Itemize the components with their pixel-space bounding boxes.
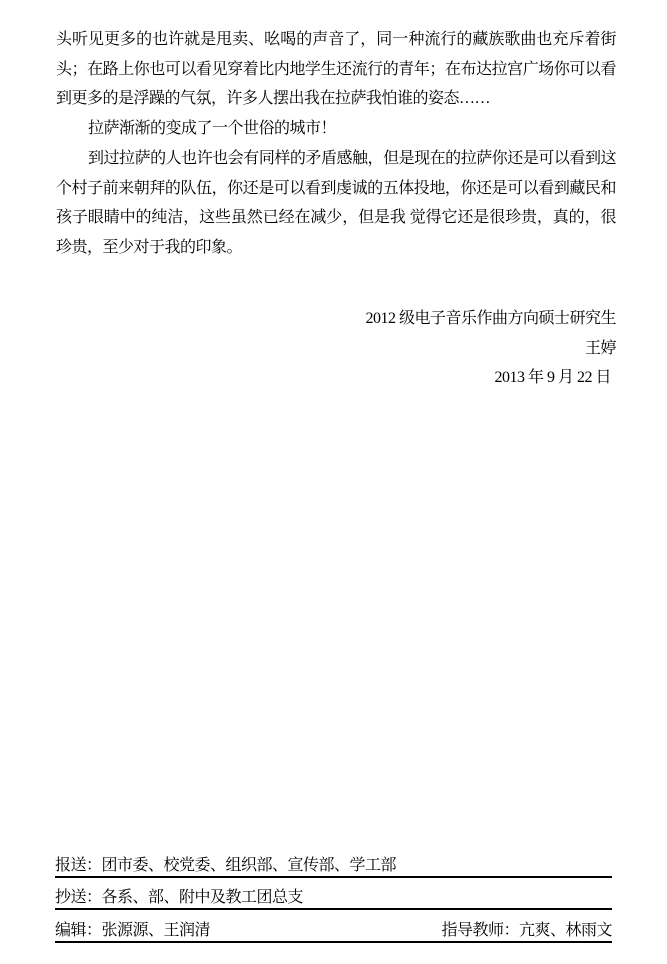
footer-row-editors: 编辑：张源源、王润清 指导教师：亢爽、林雨文 [55, 910, 612, 943]
paragraph-lhasa-city: 拉萨渐渐的变成了一个世俗的城市！ [56, 114, 616, 144]
distribution-footer: 报送：团市委、校党委、组织部、宣传部、学工部 抄送：各系、部、附中及教工团总支 … [55, 845, 612, 943]
footer-row-copy-to: 抄送：各系、部、附中及教工团总支 [55, 878, 612, 911]
signature-block: 2012 级电子音乐作曲方向硕士研究生 王婷 2013 年 9 月 22 日 [365, 304, 616, 393]
paragraph-continuation: 头听见更多的也许就是甩卖、吆喝的声音了，同一种流行的藏族歌曲也充斥着街头；在路上… [56, 25, 616, 114]
document-page: 头听见更多的也许就是甩卖、吆喝的声音了，同一种流行的藏族歌曲也充斥着街头；在路上… [0, 0, 667, 964]
body-text-block: 头听见更多的也许就是甩卖、吆喝的声音了，同一种流行的藏族歌曲也充斥着街头；在路上… [56, 25, 616, 263]
document-body: { "document": { "paragraphs": [ { "text"… [0, 0, 667, 964]
footer-row-submit-to: 报送：团市委、校党委、组织部、宣传部、学工部 [55, 845, 612, 878]
paragraph-reflection: 到过拉萨的人也许也会有同样的矛盾感触，但是现在的拉萨你还是可以看到这个村子前来朝… [56, 144, 616, 263]
footer-copy-to-text: 抄送：各系、部、附中及教工团总支 [55, 884, 303, 907]
signature-date: 2013 年 9 月 22 日 [365, 363, 616, 393]
footer-editors-text: 编辑：张源源、王润清 [55, 917, 210, 940]
footer-advisors-text: 指导教师：亢爽、林雨文 [441, 917, 612, 940]
signature-affiliation: 2012 级电子音乐作曲方向硕士研究生 [365, 304, 616, 334]
footer-submit-to-text: 报送：团市委、校党委、组织部、宣传部、学工部 [55, 852, 396, 875]
signature-name: 王婷 [365, 334, 616, 364]
